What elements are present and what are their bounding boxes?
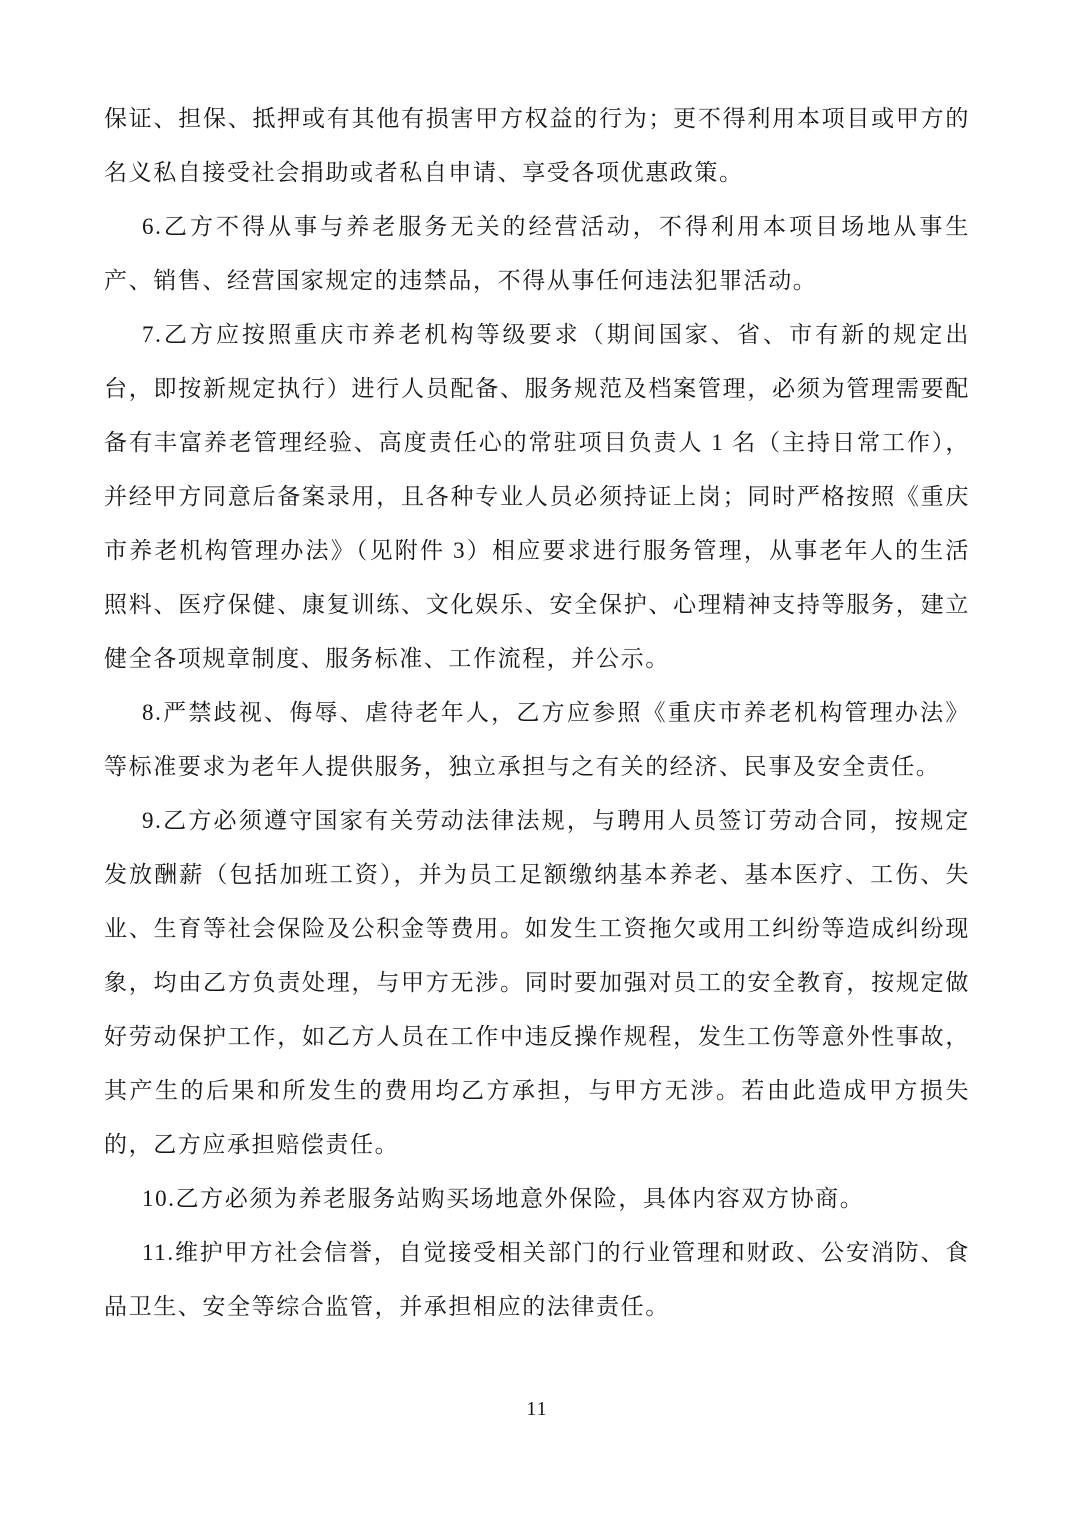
document-page: 保证、担保、抵押或有其他有损害甲方权益的行为；更不得利用本项目或甲方的名义私自接… xyxy=(0,0,1074,1520)
paragraph-clause-6: 6.乙方不得从事与养老服务无关的经营活动，不得利用本项目场地从事生产、销售、经营… xyxy=(104,200,970,308)
paragraph-continuation: 保证、担保、抵押或有其他有损害甲方权益的行为；更不得利用本项目或甲方的名义私自接… xyxy=(104,92,970,200)
paragraph-clause-9: 9.乙方必须遵守国家有关劳动法律法规，与聘用人员签订劳动合同，按规定发放酬薪（包… xyxy=(104,794,970,1172)
paragraph-clause-7: 7.乙方应按照重庆市养老机构等级要求（期间国家、省、市有新的规定出台，即按新规定… xyxy=(104,308,970,686)
paragraph-clause-10: 10.乙方必须为养老服务站购买场地意外保险，具体内容双方协商。 xyxy=(104,1172,970,1226)
page-number: 11 xyxy=(526,1398,547,1420)
document-body: 保证、担保、抵押或有其他有损害甲方权益的行为；更不得利用本项目或甲方的名义私自接… xyxy=(104,92,970,1334)
paragraph-clause-8: 8.严禁歧视、侮辱、虐待老年人，乙方应参照《重庆市养老机构管理办法》等标准要求为… xyxy=(104,686,970,794)
paragraph-clause-11: 11.维护甲方社会信誉，自觉接受相关部门的行业管理和财政、公安消防、食品卫生、安… xyxy=(104,1226,970,1334)
page-footer: 11 xyxy=(0,1398,1074,1421)
